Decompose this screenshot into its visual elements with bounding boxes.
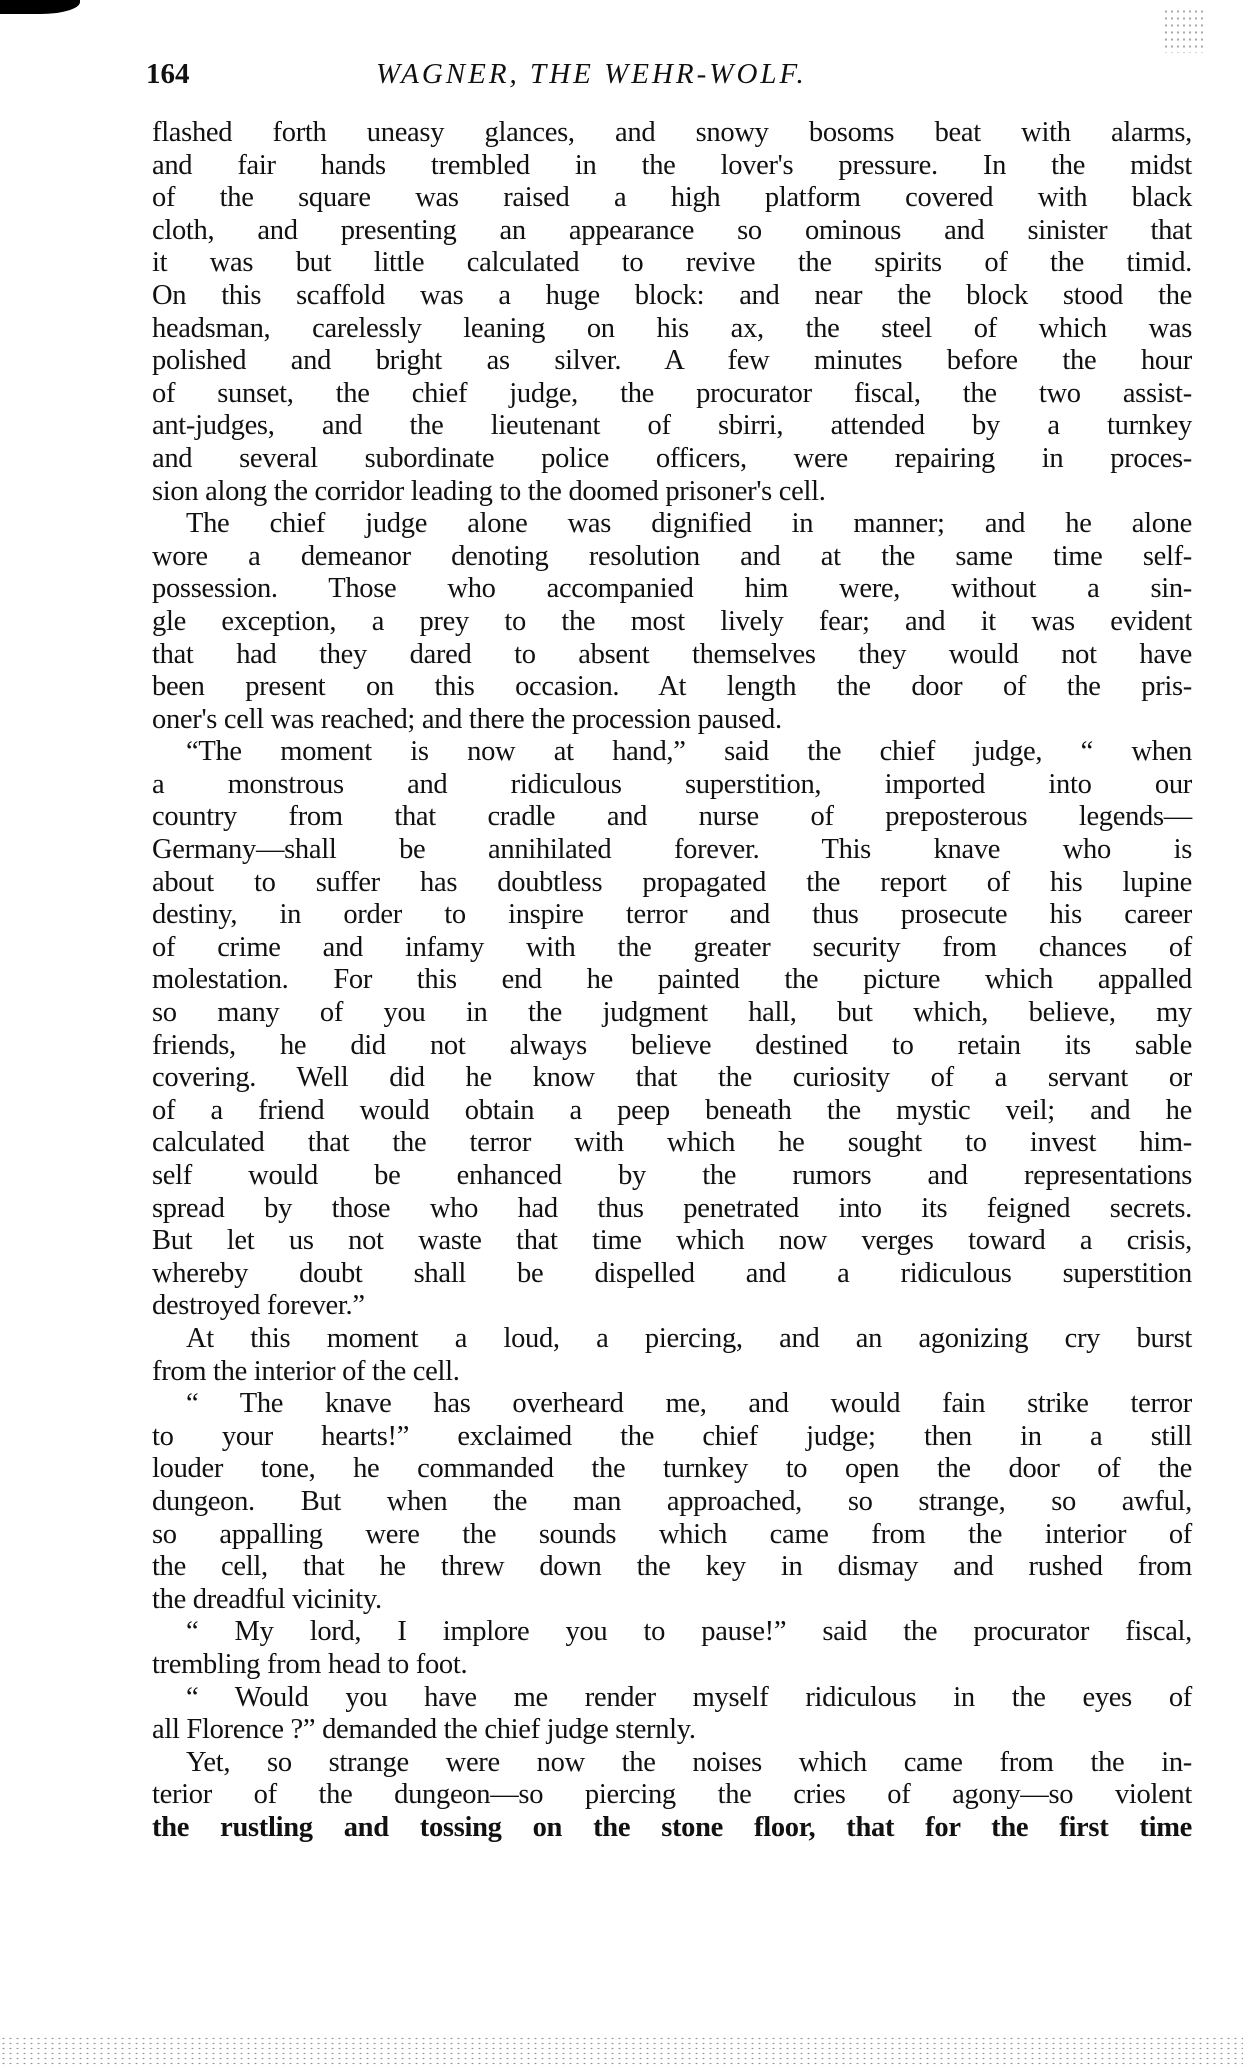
text-line: self would be enhanced by the rumors and…	[152, 1160, 1192, 1193]
text-line: that had they dared to absent themselves…	[152, 639, 1192, 672]
body-text: flashed forth uneasy glances, and snowy …	[152, 117, 1192, 1844]
text-line: polished and bright as silver. A few min…	[152, 345, 1192, 378]
text-line: “ The knave has overheard me, and would …	[152, 1388, 1192, 1421]
scan-artifact	[0, 2036, 1243, 2066]
text-line: molestation. For this end he painted the…	[152, 964, 1192, 997]
book-page: 164 WAGNER, THE WEHR-WOLF. flashed forth…	[0, 0, 1243, 2066]
text-line: country from that cradle and nurse of pr…	[152, 801, 1192, 834]
text-line: to your hearts!” exclaimed the chief jud…	[152, 1421, 1192, 1454]
text-line: the cell, that he threw down the key in …	[152, 1551, 1192, 1584]
text-line: the rustling and tossing on the stone fl…	[152, 1812, 1192, 1845]
text-line: flashed forth uneasy glances, and snowy …	[152, 117, 1192, 150]
text-line: “ My lord, I implore you to pause!” said…	[152, 1616, 1192, 1649]
text-line: dungeon. But when the man approached, so…	[152, 1486, 1192, 1519]
text-line: been present on this occasion. At length…	[152, 671, 1192, 704]
text-line: whereby doubt shall be dispelled and a r…	[152, 1258, 1192, 1291]
text-line: terior of the dungeon—so piercing the cr…	[152, 1779, 1192, 1812]
text-line: destiny, in order to inspire terror and …	[152, 899, 1192, 932]
text-line: covering. Well did he know that the curi…	[152, 1062, 1192, 1095]
text-line: spread by those who had thus penetrated …	[152, 1193, 1192, 1226]
text-line: about to suffer has doubtless propagated…	[152, 867, 1192, 900]
scan-artifact	[1163, 8, 1203, 53]
text-line: of crime and infamy with the greater sec…	[152, 932, 1192, 965]
text-line: headsman, carelessly leaning on his ax, …	[152, 313, 1192, 346]
text-line: and fair hands trembled in the lover's p…	[152, 150, 1192, 183]
page-header: 164 WAGNER, THE WEHR-WOLF.	[146, 58, 1186, 98]
text-line: destroyed forever.”	[152, 1290, 1192, 1323]
text-line: At this moment a loud, a piercing, and a…	[152, 1323, 1192, 1356]
text-line: and several subordinate police officers,…	[152, 443, 1192, 476]
text-line: louder tone, he commanded the turnkey to…	[152, 1453, 1192, 1486]
text-line: ant-judges, and the lieutenant of sbirri…	[152, 410, 1192, 443]
text-line: wore a demeanor denoting resolution and …	[152, 541, 1192, 574]
text-line: gle exception, a prey to the most lively…	[152, 606, 1192, 639]
text-line: of sunset, the chief judge, the procurat…	[152, 378, 1192, 411]
text-line: cloth, and presenting an appearance so o…	[152, 215, 1192, 248]
text-line: so many of you in the judgment hall, but…	[152, 997, 1192, 1030]
text-line: But let us not waste that time which now…	[152, 1225, 1192, 1258]
text-line: “ Would you have me render myself ridicu…	[152, 1682, 1192, 1715]
text-line: sion along the corridor leading to the d…	[152, 476, 1192, 509]
text-line: trembling from head to foot.	[152, 1649, 1192, 1682]
running-title: WAGNER, THE WEHR-WOLF.	[376, 58, 807, 91]
text-line: calculated that the terror with which he…	[152, 1127, 1192, 1160]
text-line: a monstrous and ridiculous superstition,…	[152, 769, 1192, 802]
text-line: friends, he did not always believe desti…	[152, 1030, 1192, 1063]
text-line: of a friend would obtain a peep beneath …	[152, 1095, 1192, 1128]
text-line: possession. Those who accompanied him we…	[152, 573, 1192, 606]
text-line: from the interior of the cell.	[152, 1356, 1192, 1389]
text-line: oner's cell was reached; and there the p…	[152, 704, 1192, 737]
text-line: On this scaffold was a huge block: and n…	[152, 280, 1192, 313]
text-line: so appalling were the sounds which came …	[152, 1519, 1192, 1552]
text-line: of the square was raised a high platform…	[152, 182, 1192, 215]
text-line: The chief judge alone was dignified in m…	[152, 508, 1192, 541]
text-line: “The moment is now at hand,” said the ch…	[152, 736, 1192, 769]
text-line: Yet, so strange were now the noises whic…	[152, 1747, 1192, 1780]
text-line: Germany—shall be annihilated forever. Th…	[152, 834, 1192, 867]
text-line: the dreadful vicinity.	[152, 1584, 1192, 1617]
text-line: all Florence ?” demanded the chief judge…	[152, 1714, 1192, 1747]
scan-artifact	[0, 0, 80, 14]
text-line: it was but little calculated to revive t…	[152, 247, 1192, 280]
page-number: 164	[146, 58, 190, 91]
